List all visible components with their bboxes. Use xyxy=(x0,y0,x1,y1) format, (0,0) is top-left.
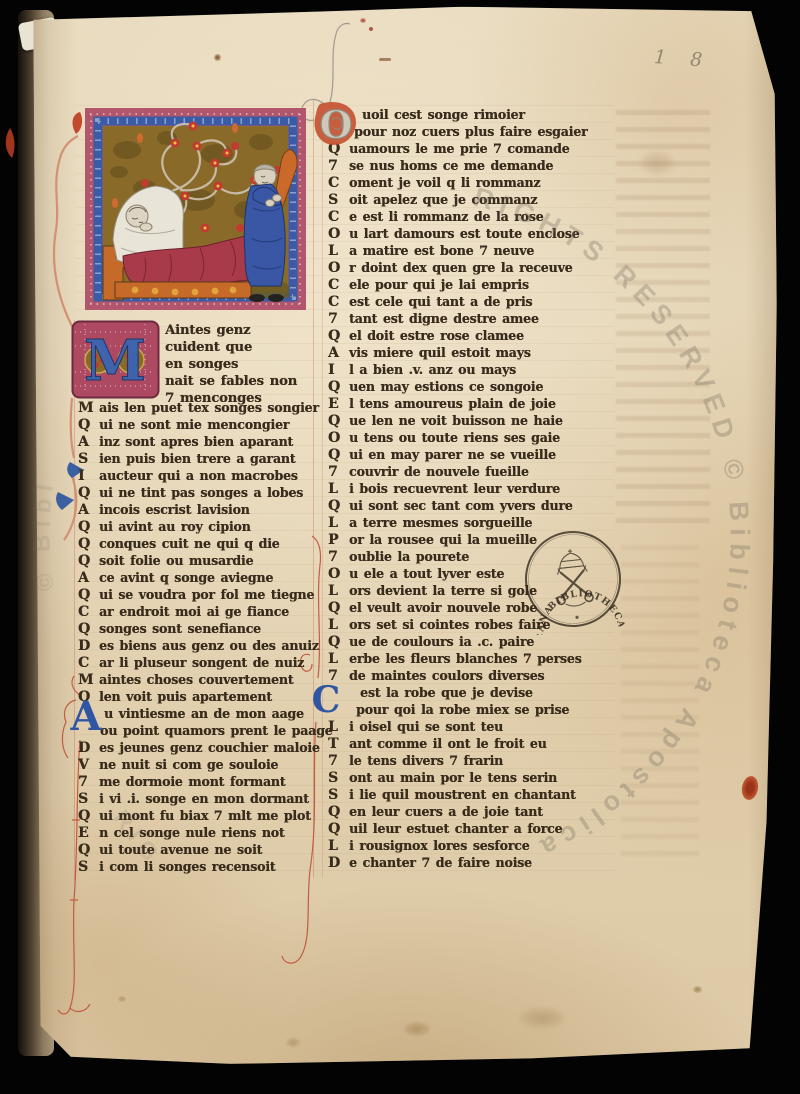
verse-text: ue de coulours ia .c. paire xyxy=(349,633,534,650)
verse-initial: P xyxy=(328,532,349,549)
stain xyxy=(118,996,126,1002)
verse-text: ui toute avenue ne soit xyxy=(99,841,262,858)
verse-line: Car endroit moi ai ge fiance xyxy=(78,603,323,620)
verse-initial: S xyxy=(328,787,349,804)
miniature-illustration xyxy=(85,108,306,310)
verse-text: ar endroit moi ai ge fiance xyxy=(99,603,289,620)
verse-initial: S xyxy=(78,859,99,876)
verse-text: u lart damours est toute enclose xyxy=(349,225,579,242)
verse-initial: C xyxy=(78,655,99,672)
verse-initial: Q xyxy=(328,634,349,651)
verse-line: Que len ne voit buisson ne haie xyxy=(328,412,620,429)
stain xyxy=(360,18,366,23)
verse-text: incois escrist lavision xyxy=(99,501,250,518)
verse-text: pour noz cuers plus faire esgaier xyxy=(354,123,587,140)
verse-initial: D xyxy=(78,740,99,757)
stain xyxy=(404,1022,430,1036)
verse-text: soit folie ou musardie xyxy=(99,552,253,569)
verse-initial: L xyxy=(328,481,349,498)
verse-line: u vintiesme an de mon aage xyxy=(78,705,323,722)
verse-text: de maintes coulors diverses xyxy=(349,667,544,684)
verse-initial: Q xyxy=(328,498,349,515)
verse-initial: A xyxy=(78,434,99,451)
verse-initial: E xyxy=(78,825,99,842)
verse-initial: 7 xyxy=(328,549,349,566)
verse-line: 7couvrir de nouvele fueille xyxy=(328,463,620,480)
verse-initial: Q xyxy=(78,553,99,570)
verse-line: Ou lart damours est toute enclose xyxy=(328,225,620,242)
verse-text: oment je voil q li rommanz xyxy=(349,174,540,191)
verse-initial: V xyxy=(78,757,99,774)
verse-line: 7me dormoie mont formant xyxy=(78,773,323,790)
verse-line: Il a bien .v. anz ou mays xyxy=(328,361,620,378)
verse-initial: L xyxy=(328,651,349,668)
decorated-initial-o: O xyxy=(314,100,358,148)
verse-text: est la robe que je devise xyxy=(360,684,533,701)
verse-line: Avis miere quil estoit mays xyxy=(328,344,620,361)
verse-line: Qui toute avenue ne soit xyxy=(78,841,323,858)
verse-line: Qui se voudra por fol me tiegne xyxy=(78,586,323,603)
verse-text: erbe les fleurs blanches 7 perses xyxy=(349,650,582,667)
verse-text: ui ne tint pas songes a lobes xyxy=(99,484,303,501)
verse-text: conques cuit ne qui q die xyxy=(99,535,279,552)
verse-initial: Q xyxy=(328,413,349,430)
verse-initial: Q xyxy=(78,621,99,638)
verse-line: Car li pluseur songent de nuiz xyxy=(78,654,323,671)
initial-c-letter: C xyxy=(312,679,341,720)
verse-initial: A xyxy=(78,570,99,587)
verse-text: el veult avoir nouvele robe xyxy=(349,599,537,616)
verse-text: i lie quil moustrent en chantant xyxy=(349,786,576,803)
verse-text: or la rousee qui la mueille xyxy=(349,531,537,548)
verse-line: Cele pour qui je lai empris xyxy=(328,276,620,293)
initial-m-letter: M xyxy=(84,328,146,394)
verse-text: n cel songe nule riens not xyxy=(99,824,284,841)
verse-text: me dormoie mont formant xyxy=(99,773,285,790)
verse-text: i bois recuevrent leur verdure xyxy=(349,480,560,497)
verse-text: aucteur qui a non macrobes xyxy=(99,467,298,484)
opening-line: cuident que xyxy=(165,339,297,356)
verse-text: ou point quamors prent le paage xyxy=(100,722,332,739)
verse-line: Quen may estions ce songoie xyxy=(328,378,620,395)
verse-initial: 7 xyxy=(328,464,349,481)
verse-initial: Q xyxy=(78,417,99,434)
verse-line: Iaucteur qui a non macrobes xyxy=(78,467,323,484)
verse-text: en leur cuers a de joie tant xyxy=(349,803,543,820)
verse-text: aintes choses couvertement xyxy=(99,671,293,688)
verse-text: ui avint au roy cipion xyxy=(99,518,251,535)
vatican-library-stamp: BIBLIOTHECA APOSTOLICA VATICANA xyxy=(516,522,630,636)
verse-text: r doint dex quen gre la receuve xyxy=(349,259,572,276)
blue-initial-a: A xyxy=(68,692,104,738)
verse-initial: Q xyxy=(78,587,99,604)
verse-initial: A xyxy=(328,345,349,362)
verse-initial: L xyxy=(328,243,349,260)
verse-initial: Q xyxy=(78,842,99,859)
verse-text: songes sont senefiance xyxy=(99,620,261,637)
verse-line: Tant comme il ont le froit eu xyxy=(328,735,620,752)
verse-text: ui mont fu biax 7 mlt me plot xyxy=(99,807,311,824)
stain xyxy=(214,54,221,61)
verse-text: inz sont apres bien aparant xyxy=(99,433,293,450)
verse-initial: T xyxy=(328,736,349,753)
opening-line: Aintes genz xyxy=(165,322,297,339)
verse-text: u ele a tout lyver este xyxy=(349,565,504,582)
verse-line: Qui ne sont mie mencongier xyxy=(78,416,323,433)
left-text-column: Mais len puet tex songes songierQui ne s… xyxy=(78,399,323,875)
verse-initial: Q xyxy=(328,821,349,838)
verse-line: pour noz cuers plus faire esgaier xyxy=(328,123,620,140)
verse-line: El tens amoureus plain de joie xyxy=(328,395,620,412)
verse-initial: O xyxy=(328,226,349,243)
initial-o-letter: O xyxy=(319,102,352,147)
verse-initial: O xyxy=(328,566,349,583)
verse-text: e chanter 7 de faire noise xyxy=(349,854,532,871)
verse-line: 7le tens divers 7 frarin xyxy=(328,752,620,769)
verse-initial: S xyxy=(328,192,349,209)
stain xyxy=(286,1038,300,1047)
verse-line: Des biens aus genz ou des anuiz xyxy=(78,637,323,654)
stain xyxy=(379,58,391,61)
verse-initial: Q xyxy=(328,447,349,464)
verse-text: uamours le me prie 7 comande xyxy=(349,140,569,157)
verse-line: Maintes choses couvertement xyxy=(78,671,323,688)
verse-text: l a bien .v. anz ou mays xyxy=(349,361,516,378)
verse-initial: 7 xyxy=(328,311,349,328)
verse-text: u tens ou toute riens ses gaie xyxy=(349,429,560,446)
verse-initial: C xyxy=(328,175,349,192)
verse-initial: O xyxy=(328,260,349,277)
verse-text: es jeunes genz couchier maloie xyxy=(99,739,320,756)
opening-line: nait se fables non xyxy=(165,373,297,390)
verse-text: tant est digne destre amee xyxy=(349,310,539,327)
verse-initial: L xyxy=(328,583,349,600)
verse-initial: Q xyxy=(78,485,99,502)
verse-line: En cel songe nule riens not xyxy=(78,824,323,841)
verse-initial: O xyxy=(328,430,349,447)
verse-line: Si lie quil moustrent en chantant xyxy=(328,786,620,803)
verse-text: est cele qui tant a de pris xyxy=(349,293,532,310)
verse-text: a terre mesmes sorgueille xyxy=(349,514,532,531)
verse-line: Qui avint au roy cipion xyxy=(78,518,323,535)
verse-text: i rousignox lores sesforce xyxy=(349,837,529,854)
verse-initial: Q xyxy=(328,328,349,345)
red-leaf-mark xyxy=(6,128,15,158)
verse-initial: I xyxy=(78,468,99,485)
opening-lines-block: Aintes genzcuident queen songesnait se f… xyxy=(165,322,297,407)
verse-initial: S xyxy=(78,791,99,808)
verse-initial: S xyxy=(78,451,99,468)
verse-text: uil leur estuet chanter a force xyxy=(349,820,562,837)
verse-line: Qui en may parer ne se vueille xyxy=(328,446,620,463)
verse-line: Qui ne tint pas songes a lobes xyxy=(78,484,323,501)
initial-a-letter: A xyxy=(69,693,102,738)
verse-text: ce avint q songe aviegne xyxy=(99,569,273,586)
verse-initial: 7 xyxy=(328,753,349,770)
verse-initial: Q xyxy=(328,804,349,821)
verse-text: ue len ne voit buisson ne haie xyxy=(349,412,563,429)
verse-text: i oisel qui se sont teu xyxy=(349,718,503,735)
stain xyxy=(520,1008,564,1028)
verse-text: ant comme il ont le froit eu xyxy=(349,735,547,752)
blue-initial-c: C xyxy=(310,678,342,720)
stain xyxy=(369,27,373,31)
verse-initial: Q xyxy=(78,808,99,825)
verse-line: Qconques cuit ne qui q die xyxy=(78,535,323,552)
verse-initial: C xyxy=(328,294,349,311)
verse-text: ais len puet tex songes songier xyxy=(99,399,319,416)
verse-text: ar li pluseur songent de nuiz xyxy=(99,654,304,671)
verse-initial: C xyxy=(328,277,349,294)
verse-initial: Q xyxy=(328,600,349,617)
verse-line: Sien puis bien trere a garant xyxy=(78,450,323,467)
verse-line: Qsoit folie ou musardie xyxy=(78,552,323,569)
verse-line: uoil cest songe rimoier xyxy=(328,106,620,123)
verse-line: Ainz sont apres bien aparant xyxy=(78,433,323,450)
verse-text: couvrir de nouvele fueille xyxy=(349,463,529,480)
verse-text: ien puis bien trere a garant xyxy=(99,450,295,467)
verse-initial: M xyxy=(78,672,99,689)
verse-initial: A xyxy=(78,502,99,519)
verse-text: len voit puis apartement xyxy=(99,688,272,705)
verse-text: oublie la pourete xyxy=(349,548,469,565)
verse-line: Des jeunes genz couchier maloie xyxy=(78,739,323,756)
verse-text: ui se voudra por fol me tiegne xyxy=(99,586,314,603)
verse-text: ui ne sont mie mencongier xyxy=(99,416,289,433)
verse-text: ont au main por le tens serin xyxy=(349,769,557,786)
verse-text: a matire est bone 7 neuve xyxy=(349,242,534,259)
verse-line: Soit apelez que je commanz xyxy=(328,191,620,208)
folio-number: 1 8 xyxy=(653,46,712,72)
verse-text: ors devient la terre si gole xyxy=(349,582,537,599)
verse-text: i com li songes recensoit xyxy=(99,858,275,875)
verse-line: Sont au main por le tens serin xyxy=(328,769,620,786)
verso-showthrough xyxy=(621,545,699,865)
verse-initial: C xyxy=(328,209,349,226)
verse-initial: E xyxy=(328,396,349,413)
verse-initial: C xyxy=(78,604,99,621)
stain xyxy=(640,152,674,174)
verse-line: Li rousignox lores sesforce xyxy=(328,837,620,854)
verse-initial: Q xyxy=(328,379,349,396)
verse-line: De chanter 7 de faire noise xyxy=(328,854,620,871)
verse-text: ui sont sec tant com yvers dure xyxy=(349,497,573,514)
verse-line: Lerbe les fleurs blanches 7 perses xyxy=(328,650,620,667)
verse-initial: S xyxy=(328,770,349,787)
verse-initial: M xyxy=(78,400,99,417)
verse-line: ou point quamors prent le paage xyxy=(78,722,323,739)
verse-text: ui en may parer ne se vueille xyxy=(349,446,556,463)
verse-line: Que de coulours ia .c. paire xyxy=(328,633,620,650)
verse-text: oit apelez que je commanz xyxy=(349,191,537,208)
verse-line: Aincois escrist lavision xyxy=(78,501,323,518)
stain xyxy=(693,986,702,993)
right-text-column: uoil cest songe rimoierpour noz cuers pl… xyxy=(328,106,620,871)
verse-line: Quil leur estuet chanter a force xyxy=(328,820,620,837)
verse-line: pour qoi la robe miex se prise xyxy=(328,701,620,718)
verse-initial: L xyxy=(328,617,349,634)
verse-initial: L xyxy=(328,719,349,736)
verse-line: Qsonges sont senefiance xyxy=(78,620,323,637)
verse-line: 7se nus homs ce me demande xyxy=(328,157,620,174)
verse-line: Vne nuit si com ge souloie xyxy=(78,756,323,773)
verse-line: Qel doit estre rose clamee xyxy=(328,327,620,344)
verse-text: es biens aus genz ou des anuiz xyxy=(99,637,319,654)
opening-line: en songes xyxy=(165,356,297,373)
ruling-vertical-line xyxy=(74,320,75,880)
verse-text: uoil cest songe rimoier xyxy=(362,106,525,123)
verse-initial: D xyxy=(328,855,349,872)
verse-text: el doit estre rose clamee xyxy=(349,327,524,344)
verse-line: Coment je voil q li rommanz xyxy=(328,174,620,191)
verse-line: Quamours le me prie 7 comande xyxy=(328,140,620,157)
verse-line: Ou tens ou toute riens ses gaie xyxy=(328,429,620,446)
verse-initial: 7 xyxy=(78,774,99,791)
verse-line: Mais len puet tex songes songier xyxy=(78,399,323,416)
verse-text: uen may estions ce songoie xyxy=(349,378,543,395)
verse-initial: L xyxy=(328,838,349,855)
verse-text: pour qoi la robe miex se prise xyxy=(356,701,569,718)
verse-line: Cest cele qui tant a de pris xyxy=(328,293,620,310)
verse-initial: 7 xyxy=(328,158,349,175)
verse-text: u vintiesme an de mon aage xyxy=(104,705,304,722)
verse-line: Li bois recuevrent leur verdure xyxy=(328,480,620,497)
verse-line: Qui mont fu biax 7 mlt me plot xyxy=(78,807,323,824)
verse-line: Or doint dex quen gre la receuve xyxy=(328,259,620,276)
verse-line: 7de maintes coulors diverses xyxy=(328,667,620,684)
verse-initial: Q xyxy=(78,536,99,553)
verse-initial: Q xyxy=(78,519,99,536)
verse-initial: L xyxy=(328,515,349,532)
verse-line: Li oisel qui se sont teu xyxy=(328,718,620,735)
verse-initial: D xyxy=(78,638,99,655)
verse-line: est la robe que je devise xyxy=(328,684,620,701)
verse-text: se nus homs ce me demande xyxy=(349,157,553,174)
verse-line: Qen leur cuers a de joie tant xyxy=(328,803,620,820)
verse-text: e est li rommanz de la rose xyxy=(349,208,543,225)
manuscript-photograph: M O A C Aintes genzcuident queen songesn… xyxy=(0,0,800,1094)
verse-text: l tens amoureus plain de joie xyxy=(349,395,556,412)
verse-initial: I xyxy=(328,362,349,379)
illuminated-initial-m: M xyxy=(71,320,160,399)
verse-line: Ce est li rommanz de la rose xyxy=(328,208,620,225)
verse-text: ne nuit si com ge souloie xyxy=(99,756,278,773)
verse-text: ele pour qui je lai empris xyxy=(349,276,529,293)
verse-line: La matire est bone 7 neuve xyxy=(328,242,620,259)
verse-line: 7tant est digne destre amee xyxy=(328,310,620,327)
verse-text: le tens divers 7 frarin xyxy=(349,752,503,769)
verse-line: Ace avint q songe aviegne xyxy=(78,569,323,586)
verse-text: i vi .i. songe en mon dormant xyxy=(99,790,309,807)
verse-line: Si vi .i. songe en mon dormant xyxy=(78,790,323,807)
verse-line: Si com li songes recensoit xyxy=(78,858,323,875)
verse-line: Qlen voit puis apartement xyxy=(78,688,323,705)
verse-line: Qui sont sec tant com yvers dure xyxy=(328,497,620,514)
verse-text: ors set si cointes robes faire xyxy=(349,616,550,633)
verse-text: vis miere quil estoit mays xyxy=(349,344,531,361)
